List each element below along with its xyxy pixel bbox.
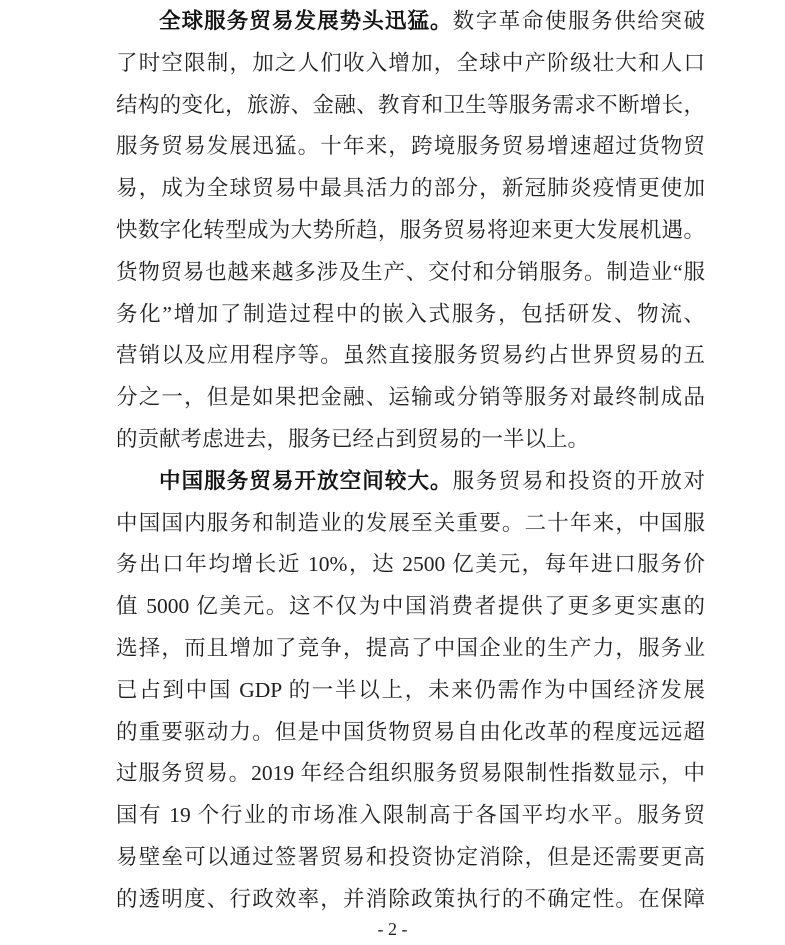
paragraph-text: 易壁垒可以通过签署贸易和投资协定消除，但是还需要更高 <box>116 845 705 869</box>
paragraph-text: 货物贸易也越来越多涉及生产、交付和分销服务。制造业“服 <box>116 260 705 284</box>
paragraph-text: 务出口年均增长近 10%，达 2500 亿美元，每年进口服务价 <box>116 552 705 576</box>
paragraph-text: 的透明度、行政效率，并消除政策执行的不确定性。在保障 <box>116 887 705 911</box>
text-line: 货物贸易也越来越多涉及生产、交付和分销服务。制造业“服 <box>116 252 705 294</box>
text-line: 选择，而且增加了竞争，提高了中国企业的生产力，服务业 <box>116 628 705 670</box>
paragraph-text: 快数字化转型成为大势所趋，服务贸易将迎来更大发展机遇。 <box>116 218 705 242</box>
text-line: 易壁垒可以通过签署贸易和投资协定消除，但是还需要更高 <box>116 837 705 879</box>
paragraph-text: 的重要驱动力。但是中国货物贸易自由化改革的程度远远超 <box>116 720 705 744</box>
paragraph-text: 营销以及应用程序等。虽然直接服务贸易约占世界贸易的五 <box>116 343 705 367</box>
paragraph-text: 国有 19 个行业的市场准入限制高于各国平均水平。服务贸 <box>116 803 705 827</box>
text-line: 全球服务贸易发展势头迅猛。数字革命使服务供给突破 <box>116 1 705 43</box>
text-line: 结构的变化，旅游、金融、教育和卫生等服务需求不断增长， <box>116 85 705 127</box>
text-line: 务出口年均增长近 10%，达 2500 亿美元，每年进口服务价 <box>116 544 705 586</box>
paragraph-text: 了时空限制，加之人们收入增加，全球中产阶级壮大和人口 <box>116 51 705 75</box>
paragraph-text: 的贡献考虑进去，服务已经占到贸易的一半以上。 <box>116 427 589 451</box>
text-line: 服务贸易发展迅猛。十年来，跨境服务贸易增速超过货物贸 <box>116 126 705 168</box>
paragraph-text: 服务贸易和投资的开放对 <box>453 469 705 493</box>
text-line: 务化”增加了制造过程中的嵌入式服务，包括研发、物流、 <box>116 294 705 336</box>
paragraph-text: 服务贸易发展迅猛。十年来，跨境服务贸易增速超过货物贸 <box>116 134 705 158</box>
text-line: 国有 19 个行业的市场准入限制高于各国平均水平。服务贸 <box>116 795 705 837</box>
text-line: 易，成为全球贸易中最具活力的部分，新冠肺炎疫情更使加 <box>116 168 705 210</box>
paragraph-lead-bold: 中国服务贸易开放空间较大。 <box>159 469 453 493</box>
text-line: 中国国内服务和制造业的发展至关重要。二十年来，中国服 <box>116 503 705 545</box>
document-page: 全球服务贸易发展势头迅猛。数字革命使服务供给突破了时空限制，加之人们收入增加，全… <box>0 0 785 945</box>
paragraph-lead-bold: 全球服务贸易发展势头迅猛。 <box>159 9 453 33</box>
text-line: 了时空限制，加之人们收入增加，全球中产阶级壮大和人口 <box>116 43 705 85</box>
paragraph-text: 已占到中国 GDP 的一半以上，未来仍需作为中国经济发展 <box>116 678 705 702</box>
text-line: 快数字化转型成为大势所趋，服务贸易将迎来更大发展机遇。 <box>116 210 705 252</box>
text-line: 的重要驱动力。但是中国货物贸易自由化改革的程度远远超 <box>116 712 705 754</box>
text-line: 分之一，但是如果把金融、运输或分销等服务对最终制成品 <box>116 377 705 419</box>
text-line: 值 5000 亿美元。这不仅为中国消费者提供了更多更实惠的 <box>116 586 705 628</box>
paragraph-text: 值 5000 亿美元。这不仅为中国消费者提供了更多更实惠的 <box>116 594 705 618</box>
paragraph-text: 过服务贸易。2019 年经合组织服务贸易限制性指数显示，中 <box>116 761 705 785</box>
paragraph-text: 数字革命使服务供给突破 <box>453 9 705 33</box>
text-line: 中国服务贸易开放空间较大。服务贸易和投资的开放对 <box>116 461 705 503</box>
page-number: - 2 - <box>0 917 785 941</box>
paragraph-text: 务化”增加了制造过程中的嵌入式服务，包括研发、物流、 <box>116 302 705 326</box>
text-block: 全球服务贸易发展势头迅猛。数字革命使服务供给突破了时空限制，加之人们收入增加，全… <box>116 1 705 921</box>
paragraph-text: 结构的变化，旅游、金融、教育和卫生等服务需求不断增长， <box>116 93 705 117</box>
paragraph-text: 中国国内服务和制造业的发展至关重要。二十年来，中国服 <box>116 511 705 535</box>
paragraph: 中国服务贸易开放空间较大。服务贸易和投资的开放对中国国内服务和制造业的发展至关重… <box>116 461 705 921</box>
paragraph: 全球服务贸易发展势头迅猛。数字革命使服务供给突破了时空限制，加之人们收入增加，全… <box>116 1 705 461</box>
text-line: 的贡献考虑进去，服务已经占到贸易的一半以上。 <box>116 419 705 461</box>
text-line: 营销以及应用程序等。虽然直接服务贸易约占世界贸易的五 <box>116 335 705 377</box>
text-line: 已占到中国 GDP 的一半以上，未来仍需作为中国经济发展 <box>116 670 705 712</box>
text-line: 过服务贸易。2019 年经合组织服务贸易限制性指数显示，中 <box>116 753 705 795</box>
paragraph-text: 易，成为全球贸易中最具活力的部分，新冠肺炎疫情更使加 <box>116 176 705 200</box>
paragraph-text: 分之一，但是如果把金融、运输或分销等服务对最终制成品 <box>116 385 705 409</box>
text-line: 的透明度、行政效率，并消除政策执行的不确定性。在保障 <box>116 879 705 921</box>
paragraph-text: 选择，而且增加了竞争，提高了中国企业的生产力，服务业 <box>116 636 705 660</box>
